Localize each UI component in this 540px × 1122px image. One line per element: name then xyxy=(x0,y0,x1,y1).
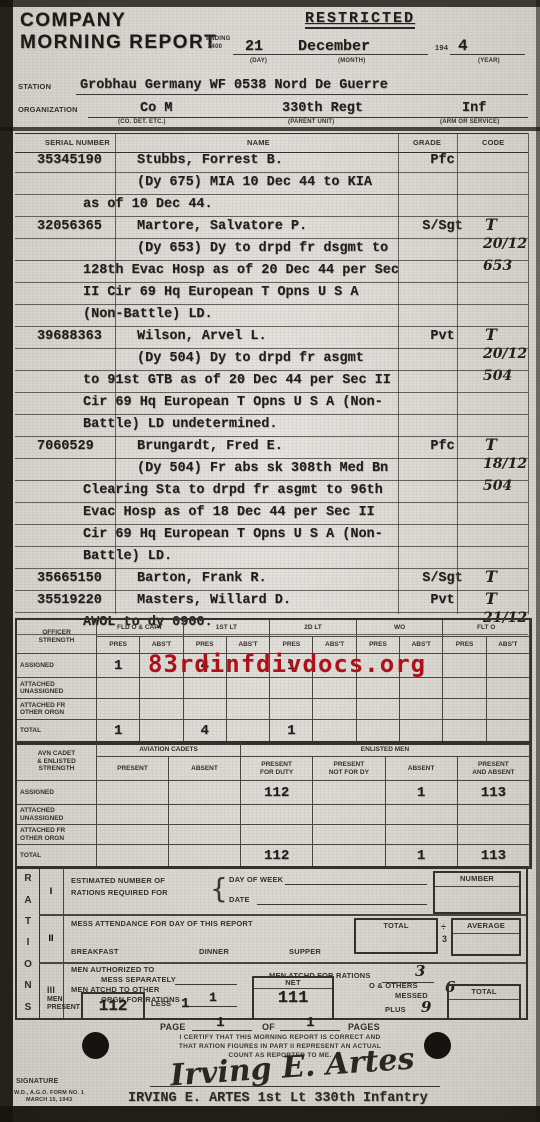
officer-subheader: PRES xyxy=(97,637,140,654)
ending-label: ENDING xyxy=(206,36,231,43)
roster-line: Battle) LD. xyxy=(15,547,528,569)
net-value: 111 xyxy=(254,989,332,1008)
enlisted-value xyxy=(169,825,241,845)
enlisted-value xyxy=(313,805,385,825)
aviation-cadets-header: AVIATION CADETS xyxy=(97,743,241,757)
officer-value xyxy=(443,720,486,743)
roster-name: Masters, Willard D. xyxy=(137,593,291,608)
signature-line xyxy=(150,1072,440,1087)
date-field-label: DATE xyxy=(229,896,250,905)
date-field-line xyxy=(257,892,427,905)
enlisted-strength-table: AVN CADET & ENLISTED STRENGTHAVIATION CA… xyxy=(15,741,532,869)
enlisted-row-label: ATTACHED UNASSIGNED xyxy=(17,805,97,825)
officer-value xyxy=(97,699,140,720)
roster-line: Cir 69 Hq European T Opns U S A (Non- xyxy=(15,525,528,547)
rations-letter: S xyxy=(25,1002,32,1013)
enlisted-value: 112 xyxy=(241,845,313,867)
roster-line: 7060529Brungardt, Fred E.PfcT xyxy=(15,437,528,459)
rations-numeral-3-text: III xyxy=(47,985,55,995)
enlisted-value: 1 xyxy=(386,781,458,805)
roster-remark: Battle) LD. xyxy=(83,549,172,564)
officer-group-header: 2D LT xyxy=(270,620,357,637)
men-present-value: 112 xyxy=(99,997,128,1015)
of-label: OF xyxy=(262,1022,275,1032)
rations-numeral-1: I xyxy=(39,868,64,915)
scan-edge-left xyxy=(0,0,13,1122)
arm-sublabel: (ARM OR SERVICE) xyxy=(440,119,499,126)
hole-punch-left xyxy=(82,1032,109,1059)
unit-sublabel: (CO. DET. ETC.) xyxy=(118,119,166,126)
roster-remark: Cir 69 Hq European T Opns U S A (Non- xyxy=(83,527,383,542)
station-label: STATION xyxy=(18,83,51,92)
roster-remark: Cir 69 Hq European T Opns U S A (Non- xyxy=(83,395,383,410)
rations-sep-1 xyxy=(39,914,526,916)
officer-group-header: WO xyxy=(357,620,444,637)
roster-code-mark: T xyxy=(485,567,497,586)
year-digit: 4 xyxy=(458,37,468,55)
enlisted-value xyxy=(169,845,241,867)
officer-value xyxy=(487,720,530,743)
scan-edge-top xyxy=(0,0,540,7)
roster-serial: 35345190 xyxy=(37,153,102,168)
roster-line: 39688363Wilson, Arvel L.PvtT xyxy=(15,327,528,349)
men-present-box: 112 xyxy=(81,992,145,1020)
mess-attendance-label: MESS ATTENDANCE FOR DAY OF THIS REPORT xyxy=(71,920,253,929)
roster-handwritten-date: 653 xyxy=(483,258,512,274)
roster-header-code: CODE xyxy=(482,139,504,148)
scan-edge-bottom xyxy=(0,1106,540,1122)
certification-line1: I CERTIFY THAT THIS MORNING REPORT IS CO… xyxy=(140,1034,420,1042)
roster-remark: to 91st GTB as of 20 Dec 44 per Sec II xyxy=(83,373,391,388)
officer-value xyxy=(140,699,183,720)
enlisted-row-label: TOTAL xyxy=(17,845,97,867)
officer-value xyxy=(443,654,486,678)
officer-value xyxy=(313,678,356,699)
pages-label: PAGES xyxy=(348,1022,380,1032)
roster-header-serial: SERIAL NUMBER xyxy=(45,139,110,148)
roster-header-grade: GRADE xyxy=(413,139,441,148)
enlisted-value xyxy=(458,825,530,845)
enlisted-column-header: PRESENT FOR DUTY xyxy=(241,757,313,781)
roster-line: (Dy 504) Dy to drpd fr asgmt20/12 xyxy=(15,349,528,371)
roster-line: (Dy 653) Dy to drpd fr dsgmt to20/12 xyxy=(15,239,528,261)
mess-total-label: TOTAL xyxy=(356,922,436,931)
enlisted-column-header: ABSENT xyxy=(169,757,241,781)
roster-handwritten-date: 504 xyxy=(483,478,512,494)
enlisted-value xyxy=(386,805,458,825)
officer-value xyxy=(357,699,400,720)
enlisted-value xyxy=(97,825,169,845)
roster-line: II Cir 69 Hq European T Opns U S A xyxy=(15,283,528,305)
less-value: 1 xyxy=(181,996,189,1012)
roster-colline-1 xyxy=(115,133,116,614)
officer-strength-table: OFFICER STRENGTHFLD O & CAPT1ST LT2D LTW… xyxy=(15,618,532,745)
organization-parent: 330th Regt xyxy=(282,101,363,116)
roster-line: (Dy 504) Fr abs sk 308th Med Bn18/12 xyxy=(15,459,528,481)
roster-serial: 32056365 xyxy=(37,219,102,234)
officer-value: 1 xyxy=(97,654,140,678)
ending-time: 2400 xyxy=(208,44,222,51)
rations-letter: I xyxy=(27,937,30,948)
roster-line: Evac Hosp as of 18 Dec 44 per Sec II xyxy=(15,503,528,525)
dinner-label: DINNER xyxy=(199,948,229,957)
officer-row-label: ASSIGNED xyxy=(17,654,97,678)
organization-label: ORGANIZATION xyxy=(18,106,78,115)
section-divider xyxy=(0,127,540,131)
signature-label: SIGNATURE xyxy=(16,1078,59,1086)
officer-value: 1 xyxy=(270,720,313,743)
average-box-label: AVERAGE xyxy=(453,922,519,934)
station-value: Grobhau Germany WF 0538 Nord De Guerre xyxy=(80,78,388,93)
roster-handwritten-date: 504 xyxy=(483,368,512,384)
roster-line: (Dy 675) MIA 10 Dec 44 to KIA xyxy=(15,173,528,195)
day-of-week-label: DAY OF WEEK xyxy=(229,876,283,885)
roster-code-mark: T xyxy=(485,325,497,344)
roster-grade: Pvt xyxy=(413,329,472,344)
roster-line: 32056365Martore, Salvatore P.S/SgtT xyxy=(15,217,528,239)
officer-value xyxy=(227,678,270,699)
roster-table: 35345190Stubbs, Forrest B.Pfc(Dy 675) MI… xyxy=(15,151,528,635)
atchd-rations-value: 3 xyxy=(415,962,425,980)
officer-value xyxy=(487,699,530,720)
officer-value xyxy=(140,720,183,743)
officer-value xyxy=(227,720,270,743)
roster-line: Cir 69 Hq European T Opns U S A (Non- xyxy=(15,393,528,415)
day-of-week-line xyxy=(285,872,427,885)
roster-remark: Evac Hosp as of 18 Dec 44 per Sec II xyxy=(83,505,375,520)
enlisted-column-header: PRESENT AND ABSENT xyxy=(458,757,530,781)
roster-header-name: NAME xyxy=(247,139,270,148)
enlisted-value: 112 xyxy=(241,781,313,805)
page-value: 1 xyxy=(216,1015,224,1031)
officer-value xyxy=(443,678,486,699)
officer-value xyxy=(313,699,356,720)
officer-value xyxy=(270,699,313,720)
organization-unit: Co M xyxy=(140,101,172,116)
rations-section: RATIONS I II III ESTIMATED NUMBER OF RAT… xyxy=(15,866,528,1020)
roster-grade: Pfc xyxy=(413,153,472,168)
enlisted-value: 113 xyxy=(458,845,530,867)
officer-row-label: ATTACHED FR OTHER ORGN xyxy=(17,699,97,720)
roster-line: Battle) LD undetermined. xyxy=(15,415,528,437)
roster-grade: S/Sgt xyxy=(413,219,472,234)
signed-name-typed: IRVING E. ARTES 1st Lt 330th Infantry xyxy=(128,1091,428,1106)
enlisted-value xyxy=(241,805,313,825)
plus-value: 9 xyxy=(421,998,431,1016)
rations-letter: N xyxy=(24,980,31,991)
roster-grade: Pfc xyxy=(413,439,472,454)
officer-value xyxy=(270,678,313,699)
rations-numeral-2: II xyxy=(39,914,64,963)
enlisted-value xyxy=(169,805,241,825)
enlisted-value xyxy=(386,825,458,845)
auth-mess-line xyxy=(175,972,237,985)
rations1-brace: { xyxy=(210,872,228,905)
enlisted-value xyxy=(97,781,169,805)
officer-value xyxy=(184,678,227,699)
roster-grade: S/Sgt xyxy=(413,571,472,586)
pages-value: 1 xyxy=(306,1015,314,1031)
enlisted-men-header: ENLISTED MEN xyxy=(241,743,530,757)
rations-total-box: TOTAL xyxy=(447,984,521,1020)
officer-value xyxy=(227,699,270,720)
roster-code-mark: T xyxy=(485,215,497,234)
roster-header: SERIAL NUMBER NAME GRADE CODE xyxy=(15,133,528,153)
roster-serial: 39688363 xyxy=(37,329,102,344)
divide-sign: ÷ xyxy=(441,922,446,932)
day-label: (DAY) xyxy=(250,58,267,65)
enlisted-value xyxy=(97,805,169,825)
officer-subheader: ABS'T xyxy=(487,637,530,654)
roster-colline-right xyxy=(528,133,529,614)
men-present-label: MEN PRESENT xyxy=(47,996,80,1012)
officer-value xyxy=(140,678,183,699)
officer-value: 4 xyxy=(184,720,227,743)
rations-total-label: TOTAL xyxy=(449,988,519,1000)
supper-label: SUPPER xyxy=(289,948,321,957)
date-month: December xyxy=(298,38,370,55)
divide-num: 3 xyxy=(442,934,447,944)
organization-arm: Inf xyxy=(462,101,486,116)
roster-serial: 35665150 xyxy=(37,571,102,586)
watermark: 83rdinfdivdocs.org xyxy=(148,650,426,678)
plus-label: PLUS xyxy=(385,1006,406,1015)
rations-letter: A xyxy=(24,895,31,906)
roster-handwritten-date: 18/12 xyxy=(483,456,527,472)
roster-name: Barton, Frank R. xyxy=(137,571,267,586)
others-messed-label1: O & OTHERS xyxy=(369,982,418,991)
roster-remark: (Dy 675) MIA 10 Dec 44 to KIA xyxy=(137,175,372,190)
roster-code-mark: T xyxy=(485,435,497,454)
roster-line: 35519220Masters, Willard D.PvtT xyxy=(15,591,528,613)
roster-name: Martore, Salvatore P. xyxy=(137,219,307,234)
report-title-line2: MORNING REPORT xyxy=(20,30,217,56)
net-box: NET 111 xyxy=(252,976,334,1020)
officer-row-label: ATTACHED UNASSIGNED xyxy=(17,678,97,699)
enlisted-column-header: PRESENT NOT FOR DY xyxy=(313,757,385,781)
auth-mess-label1: MEN AUTHORIZED TO xyxy=(71,966,154,975)
enlisted-value xyxy=(169,781,241,805)
auth-mess-label2: MESS SEPARATELY xyxy=(101,976,176,985)
roster-remark: Battle) LD undetermined. xyxy=(83,417,277,432)
enlisted-value: 1 xyxy=(386,845,458,867)
roster-handwritten-date: 20/12 xyxy=(483,346,527,362)
officer-value xyxy=(400,720,443,743)
enlisted-corner-label: AVN CADET & ENLISTED STRENGTH xyxy=(17,743,97,781)
enlisted-value xyxy=(241,825,313,845)
rations-letter: R xyxy=(24,873,31,884)
rations-vertical-label: RATIONS xyxy=(17,868,40,1018)
enlisted-value xyxy=(313,825,385,845)
net-box-label: NET xyxy=(254,979,332,989)
roster-remark: Clearing Sta to drpd fr asgmt to 96th xyxy=(83,483,383,498)
breakfast-label: BREAKFAST xyxy=(71,948,119,957)
roster-line: 128th Evac Hosp as of 20 Dec 44 per Sec6… xyxy=(15,261,528,283)
parent-sublabel: (PARENT UNIT) xyxy=(288,119,334,126)
officer-value xyxy=(400,699,443,720)
enlisted-value xyxy=(313,845,385,867)
restricted-stamp: RESTRICTED xyxy=(305,10,415,29)
roster-remark: (Dy 504) Dy to drpd fr asgmt xyxy=(137,351,364,366)
roster-line: to 91st GTB as of 20 Dec 44 per Sec II50… xyxy=(15,371,528,393)
officer-row-label: TOTAL xyxy=(17,720,97,743)
number-box-label: NUMBER xyxy=(435,875,519,887)
enlisted-row-label: ATTACHED FR OTHER ORGN xyxy=(17,825,97,845)
roster-line: 35665150Barton, Frank R.S/SgtT xyxy=(15,569,528,591)
officer-subheader: PRES xyxy=(443,637,486,654)
roster-remark: as of 10 Dec 44. xyxy=(83,197,213,212)
officer-value xyxy=(487,678,530,699)
roster-remark: 128th Evac Hosp as of 20 Dec 44 per Sec xyxy=(83,263,399,278)
hole-punch-right xyxy=(424,1032,451,1059)
month-label: (MONTH) xyxy=(338,58,365,65)
officer-value xyxy=(313,720,356,743)
officer-corner-label: OFFICER STRENGTH xyxy=(17,620,97,654)
average-box: AVERAGE xyxy=(451,918,521,956)
officer-value xyxy=(443,699,486,720)
year-label: (YEAR) xyxy=(478,58,500,65)
roster-colline-3 xyxy=(457,133,458,614)
roster-name: Wilson, Arvel L. xyxy=(137,329,267,344)
roster-line: 35345190Stubbs, Forrest B.Pfc xyxy=(15,151,528,173)
officer-group-header: FLD O & CAPT xyxy=(97,620,184,637)
page-label: PAGE xyxy=(160,1022,186,1032)
number-box: NUMBER xyxy=(433,871,521,914)
rations1-label2: RATIONS REQUIRED FOR xyxy=(71,889,168,898)
date-day: 21 xyxy=(245,38,263,55)
scan-edge-right xyxy=(536,0,540,1122)
form-number-line2: MARCH 15, 1943 xyxy=(26,1097,72,1103)
roster-line: as of 10 Dec 44. xyxy=(15,195,528,217)
enlisted-value xyxy=(458,805,530,825)
roster-line: (Non-Battle) LD. xyxy=(15,305,528,327)
rations-sep-2 xyxy=(39,962,526,964)
enlisted-column-header: ABSENT xyxy=(386,757,458,781)
rations-letter: T xyxy=(25,916,31,927)
officer-value xyxy=(184,699,227,720)
atchd-other-value: 1 xyxy=(209,990,217,1005)
officer-value xyxy=(97,678,140,699)
officer-value xyxy=(357,720,400,743)
roster-remark: (Dy 653) Dy to drpd fr dsgmt to xyxy=(137,241,388,256)
roster-remark: (Non-Battle) LD. xyxy=(83,307,213,322)
roster-line: Clearing Sta to drpd fr asgmt to 96th504 xyxy=(15,481,528,503)
roster-serial: 35519220 xyxy=(37,593,102,608)
roster-name: Stubbs, Forrest B. xyxy=(137,153,283,168)
officer-value: 1 xyxy=(97,720,140,743)
roster-remark: II Cir 69 Hq European T Opns U S A xyxy=(83,285,358,300)
officer-group-header: FLT O xyxy=(443,620,530,637)
mess-total-box: TOTAL xyxy=(354,918,438,954)
enlisted-value xyxy=(313,781,385,805)
enlisted-row-label: ASSIGNED xyxy=(17,781,97,805)
less-label: LESS xyxy=(151,1000,171,1009)
officer-group-header: 1ST LT xyxy=(184,620,271,637)
roster-remark: (Dy 504) Fr abs sk 308th Med Bn xyxy=(137,461,388,476)
year-prefix: 194 xyxy=(435,44,448,53)
roster-colline-2 xyxy=(398,133,399,614)
enlisted-value xyxy=(97,845,169,867)
officer-value xyxy=(400,678,443,699)
enlisted-column-header: PRESENT xyxy=(97,757,169,781)
roster-handwritten-date: 20/12 xyxy=(483,236,527,252)
officer-value xyxy=(357,678,400,699)
enlisted-value: 113 xyxy=(458,781,530,805)
form-number-line1: W.D., A.G.O. FORM NO. 1 xyxy=(14,1090,84,1096)
rations-letter: O xyxy=(24,959,32,970)
officer-value xyxy=(487,654,530,678)
morning-report-scan: COMPANY MORNING REPORT RESTRICTED ENDING… xyxy=(0,0,540,1122)
roster-code-mark: T xyxy=(485,589,497,608)
roster-grade: Pvt xyxy=(413,593,472,608)
rations1-label1: ESTIMATED NUMBER OF xyxy=(71,877,165,886)
roster-serial: 7060529 xyxy=(37,439,94,454)
roster-name: Brungardt, Fred E. xyxy=(137,439,283,454)
